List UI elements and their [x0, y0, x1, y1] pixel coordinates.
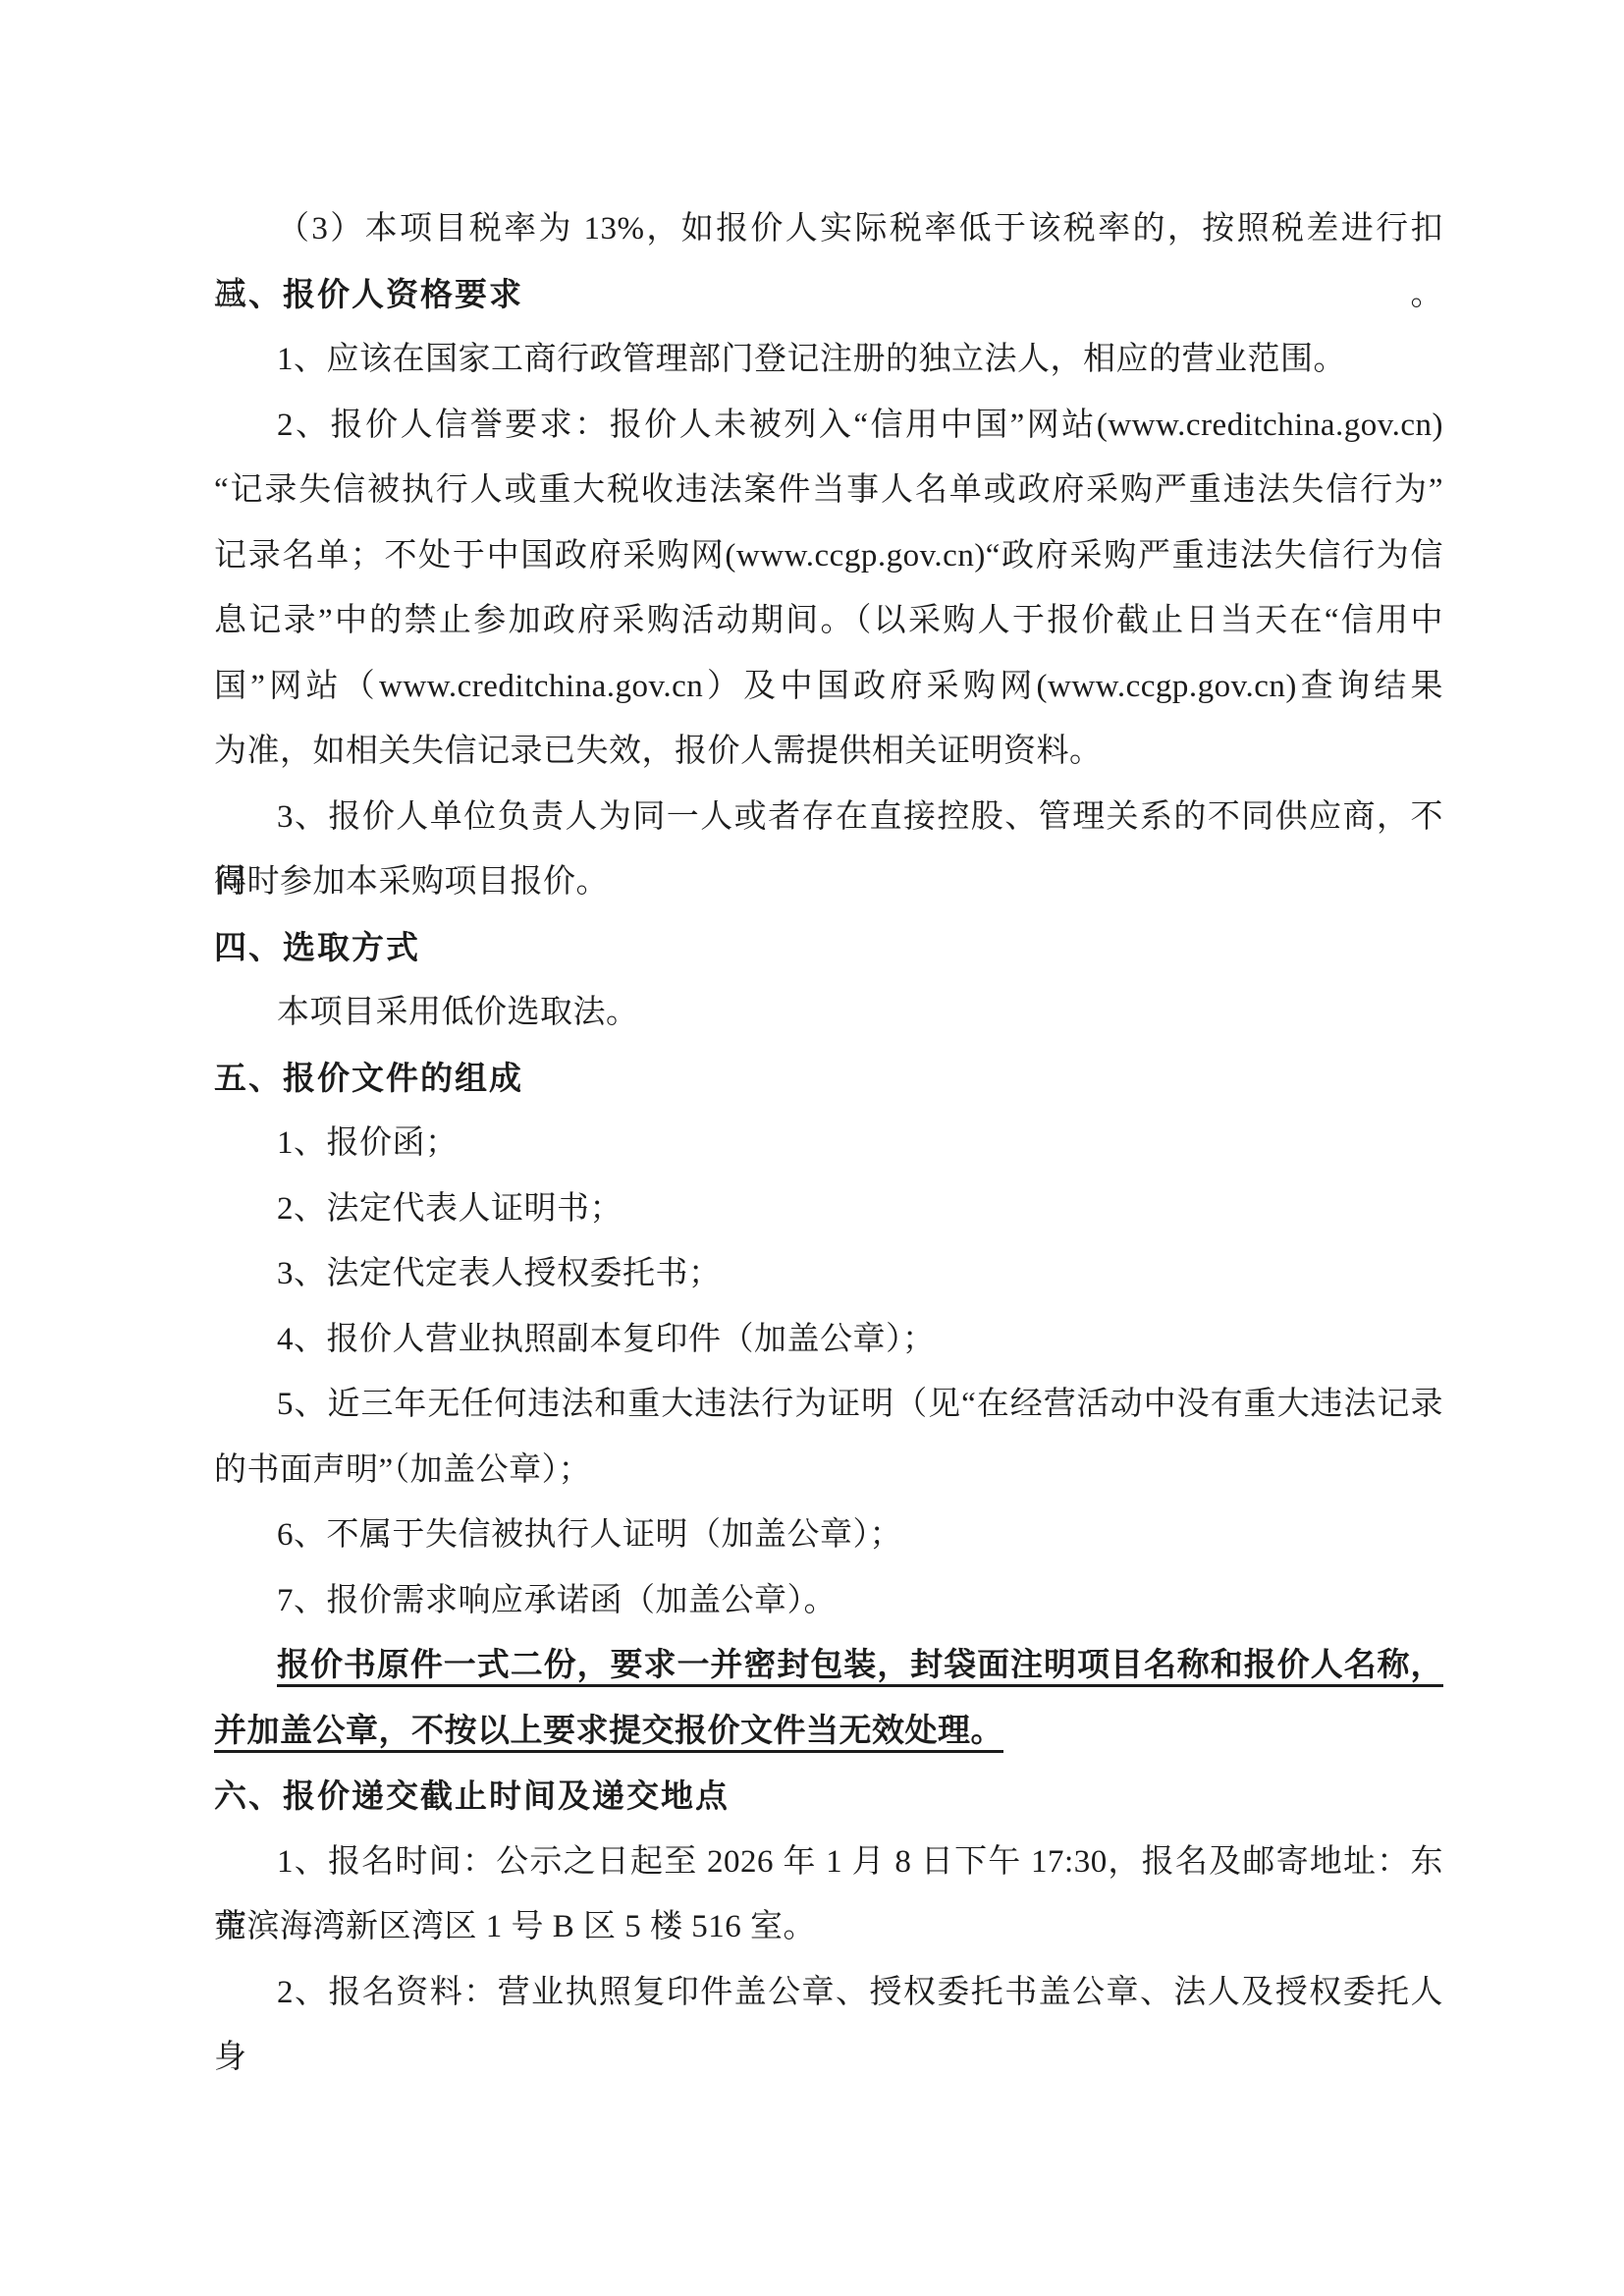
document-content: （3）本项目税率为 13%，如报价人实际税率低于该税率的，按照税差进行扣减。 三… [214, 196, 1443, 2025]
tax-deduction-note: （3）本项目税率为 13%，如报价人实际税率低于该税率的，按照税差进行扣减。 [214, 196, 1443, 262]
doc-item-1: 1、报价函； [214, 1111, 1443, 1176]
section-6-heading: 六、报价递交截止时间及递交地点 [214, 1764, 1443, 1830]
doc-item-2: 2、法定代表人证明书； [214, 1176, 1443, 1242]
section-4-heading: 四、选取方式 [214, 915, 1443, 981]
selection-method-body: 本项目采用低价选取法。 [214, 980, 1443, 1046]
doc-item-7: 7、报价需求响应承诺函（加盖公章）。 [214, 1568, 1443, 1634]
qualification-item-2-line-1: 2、报价人信誉要求：报价人未被列入“信用中国”网站(www.creditchin… [214, 393, 1443, 459]
deadline-item-1-line-1: 1、报名时间：公示之日起至 2026 年 1 月 8 日下午 17:30，报名及… [214, 1830, 1443, 1895]
qualification-item-1: 1、应该在国家工商行政管理部门登记注册的独立法人，相应的营业范围。 [214, 327, 1443, 393]
qualification-item-3-line-2: 同时参加本采购项目报价。 [214, 849, 1443, 915]
qualification-item-3-line-1: 3、报价人单位负责人为同一人或者存在直接控股、管理关系的不同供应商，不得 [214, 785, 1443, 850]
section-5-heading: 五、报价文件的组成 [214, 1046, 1443, 1112]
qualification-item-2-line-4: 息记录”中的禁止参加政府采购活动期间。（以采购人于报价截止日当天在“信用中 [214, 588, 1443, 654]
sealing-notice-line-1: 报价书原件一式二份，要求一并密封包装，封袋面注明项目名称和报价人名称， [214, 1633, 1443, 1699]
doc-item-4: 4、报价人营业执照副本复印件（加盖公章）； [214, 1307, 1443, 1373]
doc-item-3: 3、法定代定表人授权委托书； [214, 1241, 1443, 1307]
qualification-item-2-line-2: “记录失信被执行人或重大税收违法案件当事人名单或政府采购严重违法失信行为” [214, 458, 1443, 523]
qualification-item-2-line-3: 记录名单；不处于中国政府采购网(www.ccgp.gov.cn)“政府采购严重违… [214, 523, 1443, 589]
qualification-item-2-line-6: 为准，如相关失信记录已失效，报价人需提供相关证明资料。 [214, 719, 1443, 785]
deadline-item-1-line-2: 市滨海湾新区湾区 1 号 B 区 5 楼 516 室。 [214, 1894, 1443, 1960]
doc-item-6: 6、不属于失信被执行人证明（加盖公章）； [214, 1503, 1443, 1568]
deadline-item-2-line-1: 2、报名资料：营业执照复印件盖公章、授权委托书盖公章、法人及授权委托人身 [214, 1960, 1443, 2026]
document-page: （3）本项目税率为 13%，如报价人实际税率低于该税率的，按照税差进行扣减。 三… [0, 0, 1624, 2296]
doc-item-5-line-1: 5、近三年无任何违法和重大违法行为证明（见“在经营活动中没有重大违法记录 [214, 1372, 1443, 1438]
sealing-notice-line-2: 并加盖公章，不按以上要求提交报价文件当无效处理。 [214, 1699, 1443, 1765]
qualification-item-2-line-5: 国”网站（www.creditchina.gov.cn）及中国政府采购网(www… [214, 654, 1443, 720]
doc-item-5-line-2: 的书面声明”（加盖公章）； [214, 1438, 1443, 1503]
